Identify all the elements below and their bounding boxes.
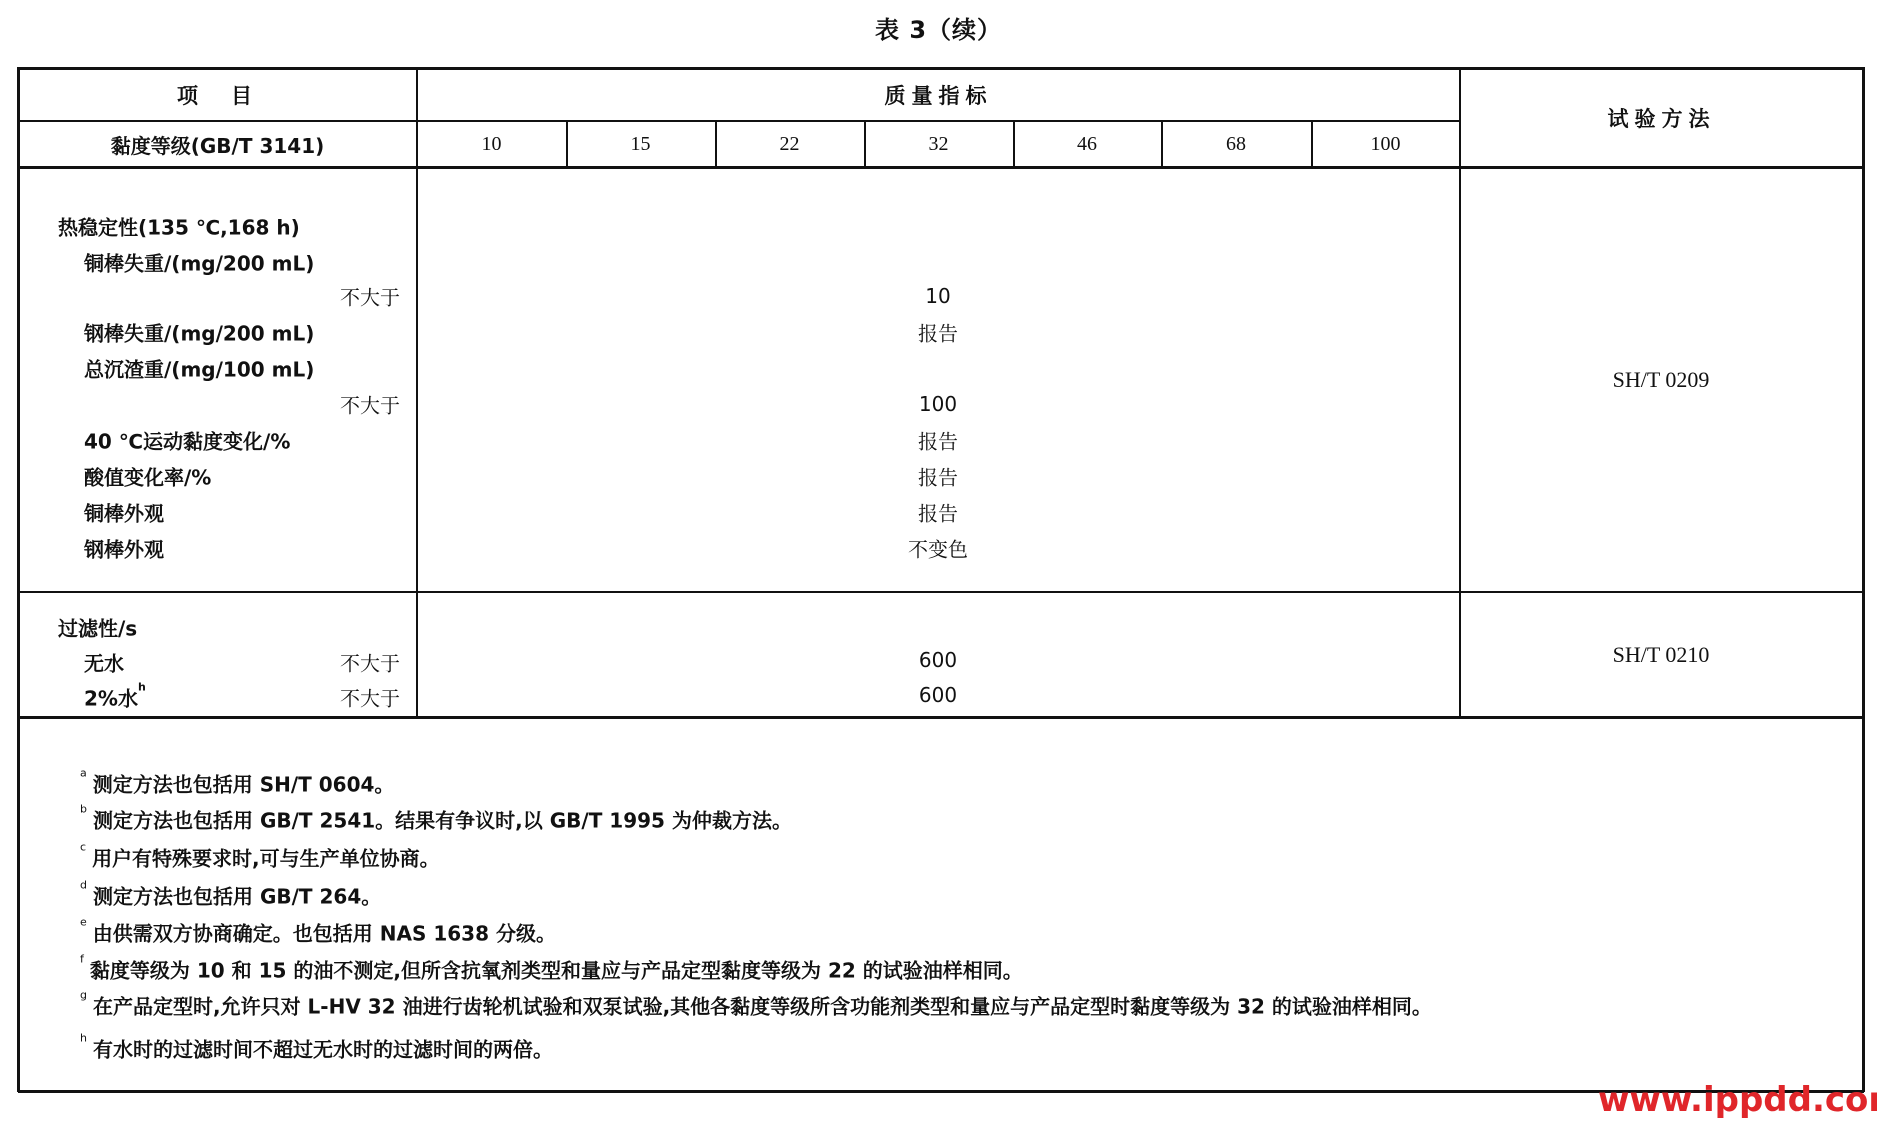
- footnote-mark: f: [80, 953, 84, 966]
- table-left-border: [17, 67, 20, 1092]
- row-value: 报告: [918, 426, 958, 455]
- header-quality: 质量指标: [417, 68, 1460, 121]
- row-value: 600: [919, 648, 957, 672]
- footnote: e由供需双方协商确定。也包括用 NAS 1638 分级。: [80, 918, 556, 947]
- row-value: 600: [919, 683, 957, 707]
- section-divider: [18, 591, 1864, 593]
- table-bottom-border: [18, 1090, 1864, 1093]
- header-viscosity-label: 黏度等级(GB/T 3141): [18, 121, 417, 167]
- row-value: 10: [925, 284, 950, 308]
- limit-label: 不大于: [300, 282, 400, 311]
- row-value: 报告: [918, 498, 958, 527]
- row-label: 热稳定性(135 ℃,168 h): [58, 212, 300, 241]
- footnote-text: 测定方法也包括用 GB/T 2541。结果有争议时,以 GB/T 1995 为仲…: [93, 809, 792, 833]
- table-title: 表 3（续）: [0, 10, 1877, 45]
- footnote-ref: h: [138, 681, 146, 694]
- row-value: 100: [919, 392, 957, 416]
- header-item: 项 目: [18, 68, 417, 121]
- footnote-text: 用户有特殊要求时,可与生产单位协商。: [92, 847, 440, 871]
- footnote-mark: d: [80, 879, 87, 892]
- table-right-border: [1862, 67, 1865, 1092]
- footnote: c用户有特殊要求时,可与生产单位协商。: [80, 843, 440, 872]
- footnote-mark: e: [80, 916, 87, 929]
- footnote-text: 有水时的过滤时间不超过无水时的过滤时间的两倍。: [93, 1038, 553, 1062]
- watermark-link[interactable]: www.ippdd.com: [1598, 1080, 1877, 1120]
- row-label-text: 2%水: [84, 687, 138, 711]
- footnote: a测定方法也包括用 SH/T 0604。: [80, 769, 394, 798]
- footnote-text: 由供需双方协商确定。也包括用 NAS 1638 分级。: [93, 922, 556, 946]
- limit-label: 不大于: [300, 390, 400, 419]
- row-label: 2%水h: [84, 683, 146, 712]
- row-label: 酸值变化率/%: [84, 462, 211, 491]
- row-label: 铜棒失重/(mg/200 mL): [84, 248, 314, 277]
- grade-cell: 46: [1013, 121, 1161, 167]
- test-method: SH/T 0210: [1613, 642, 1710, 668]
- row-value: 不变色: [908, 534, 968, 563]
- grade-cell: 22: [715, 121, 864, 167]
- row-value: 报告: [918, 462, 958, 491]
- footnote-text: 测定方法也包括用 SH/T 0604。: [93, 773, 395, 797]
- footnote-mark: h: [80, 1032, 87, 1045]
- row-label: 钢棒外观: [84, 534, 164, 563]
- grade-cell: 32: [864, 121, 1013, 167]
- footnote-mark: b: [80, 803, 87, 816]
- row-label: 无水: [84, 648, 124, 677]
- footnote-text: 黏度等级为 10 和 15 的油不测定,但所含抗氧剂类型和量应与产品定型黏度等级…: [90, 959, 1023, 983]
- footnote-mark: g: [80, 989, 87, 1002]
- footnote-mark: c: [80, 841, 86, 854]
- footnote: g在产品定型时,允许只对 L-HV 32 油进行齿轮机试验和双泵试验,其他各黏度…: [80, 991, 1432, 1020]
- grade-cell: 68: [1161, 121, 1311, 167]
- limit-label: 不大于: [300, 648, 400, 677]
- row-label: 总沉渣重/(mg/100 mL): [84, 354, 314, 383]
- footnote: h有水时的过滤时间不超过无水时的过滤时间的两倍。: [80, 1034, 553, 1063]
- row-value: 报告: [918, 318, 958, 347]
- row-label: 铜棒外观: [84, 498, 164, 527]
- header-method: 试验方法: [1460, 68, 1863, 167]
- footnote: d测定方法也包括用 GB/T 264。: [80, 881, 381, 910]
- grade-cell: 10: [417, 121, 566, 167]
- footnote: f黏度等级为 10 和 15 的油不测定,但所含抗氧剂类型和量应与产品定型黏度等…: [80, 955, 1023, 984]
- footnote-mark: a: [80, 767, 87, 780]
- grade-cell: 15: [566, 121, 715, 167]
- footnote-text: 在产品定型时,允许只对 L-HV 32 油进行齿轮机试验和双泵试验,其他各黏度等…: [93, 995, 1432, 1019]
- row-label: 钢棒失重/(mg/200 mL): [84, 318, 314, 347]
- footnote-text: 测定方法也包括用 GB/T 264。: [93, 885, 381, 909]
- row-label: 过滤性/s: [58, 613, 137, 642]
- footnote: b测定方法也包括用 GB/T 2541。结果有争议时,以 GB/T 1995 为…: [80, 805, 792, 834]
- test-method: SH/T 0209: [1613, 367, 1710, 393]
- row-label: 40 ℃运动黏度变化/%: [84, 426, 290, 455]
- footnote-divider: [18, 716, 1864, 719]
- grade-cell: 100: [1311, 121, 1460, 167]
- limit-label: 不大于: [300, 683, 400, 712]
